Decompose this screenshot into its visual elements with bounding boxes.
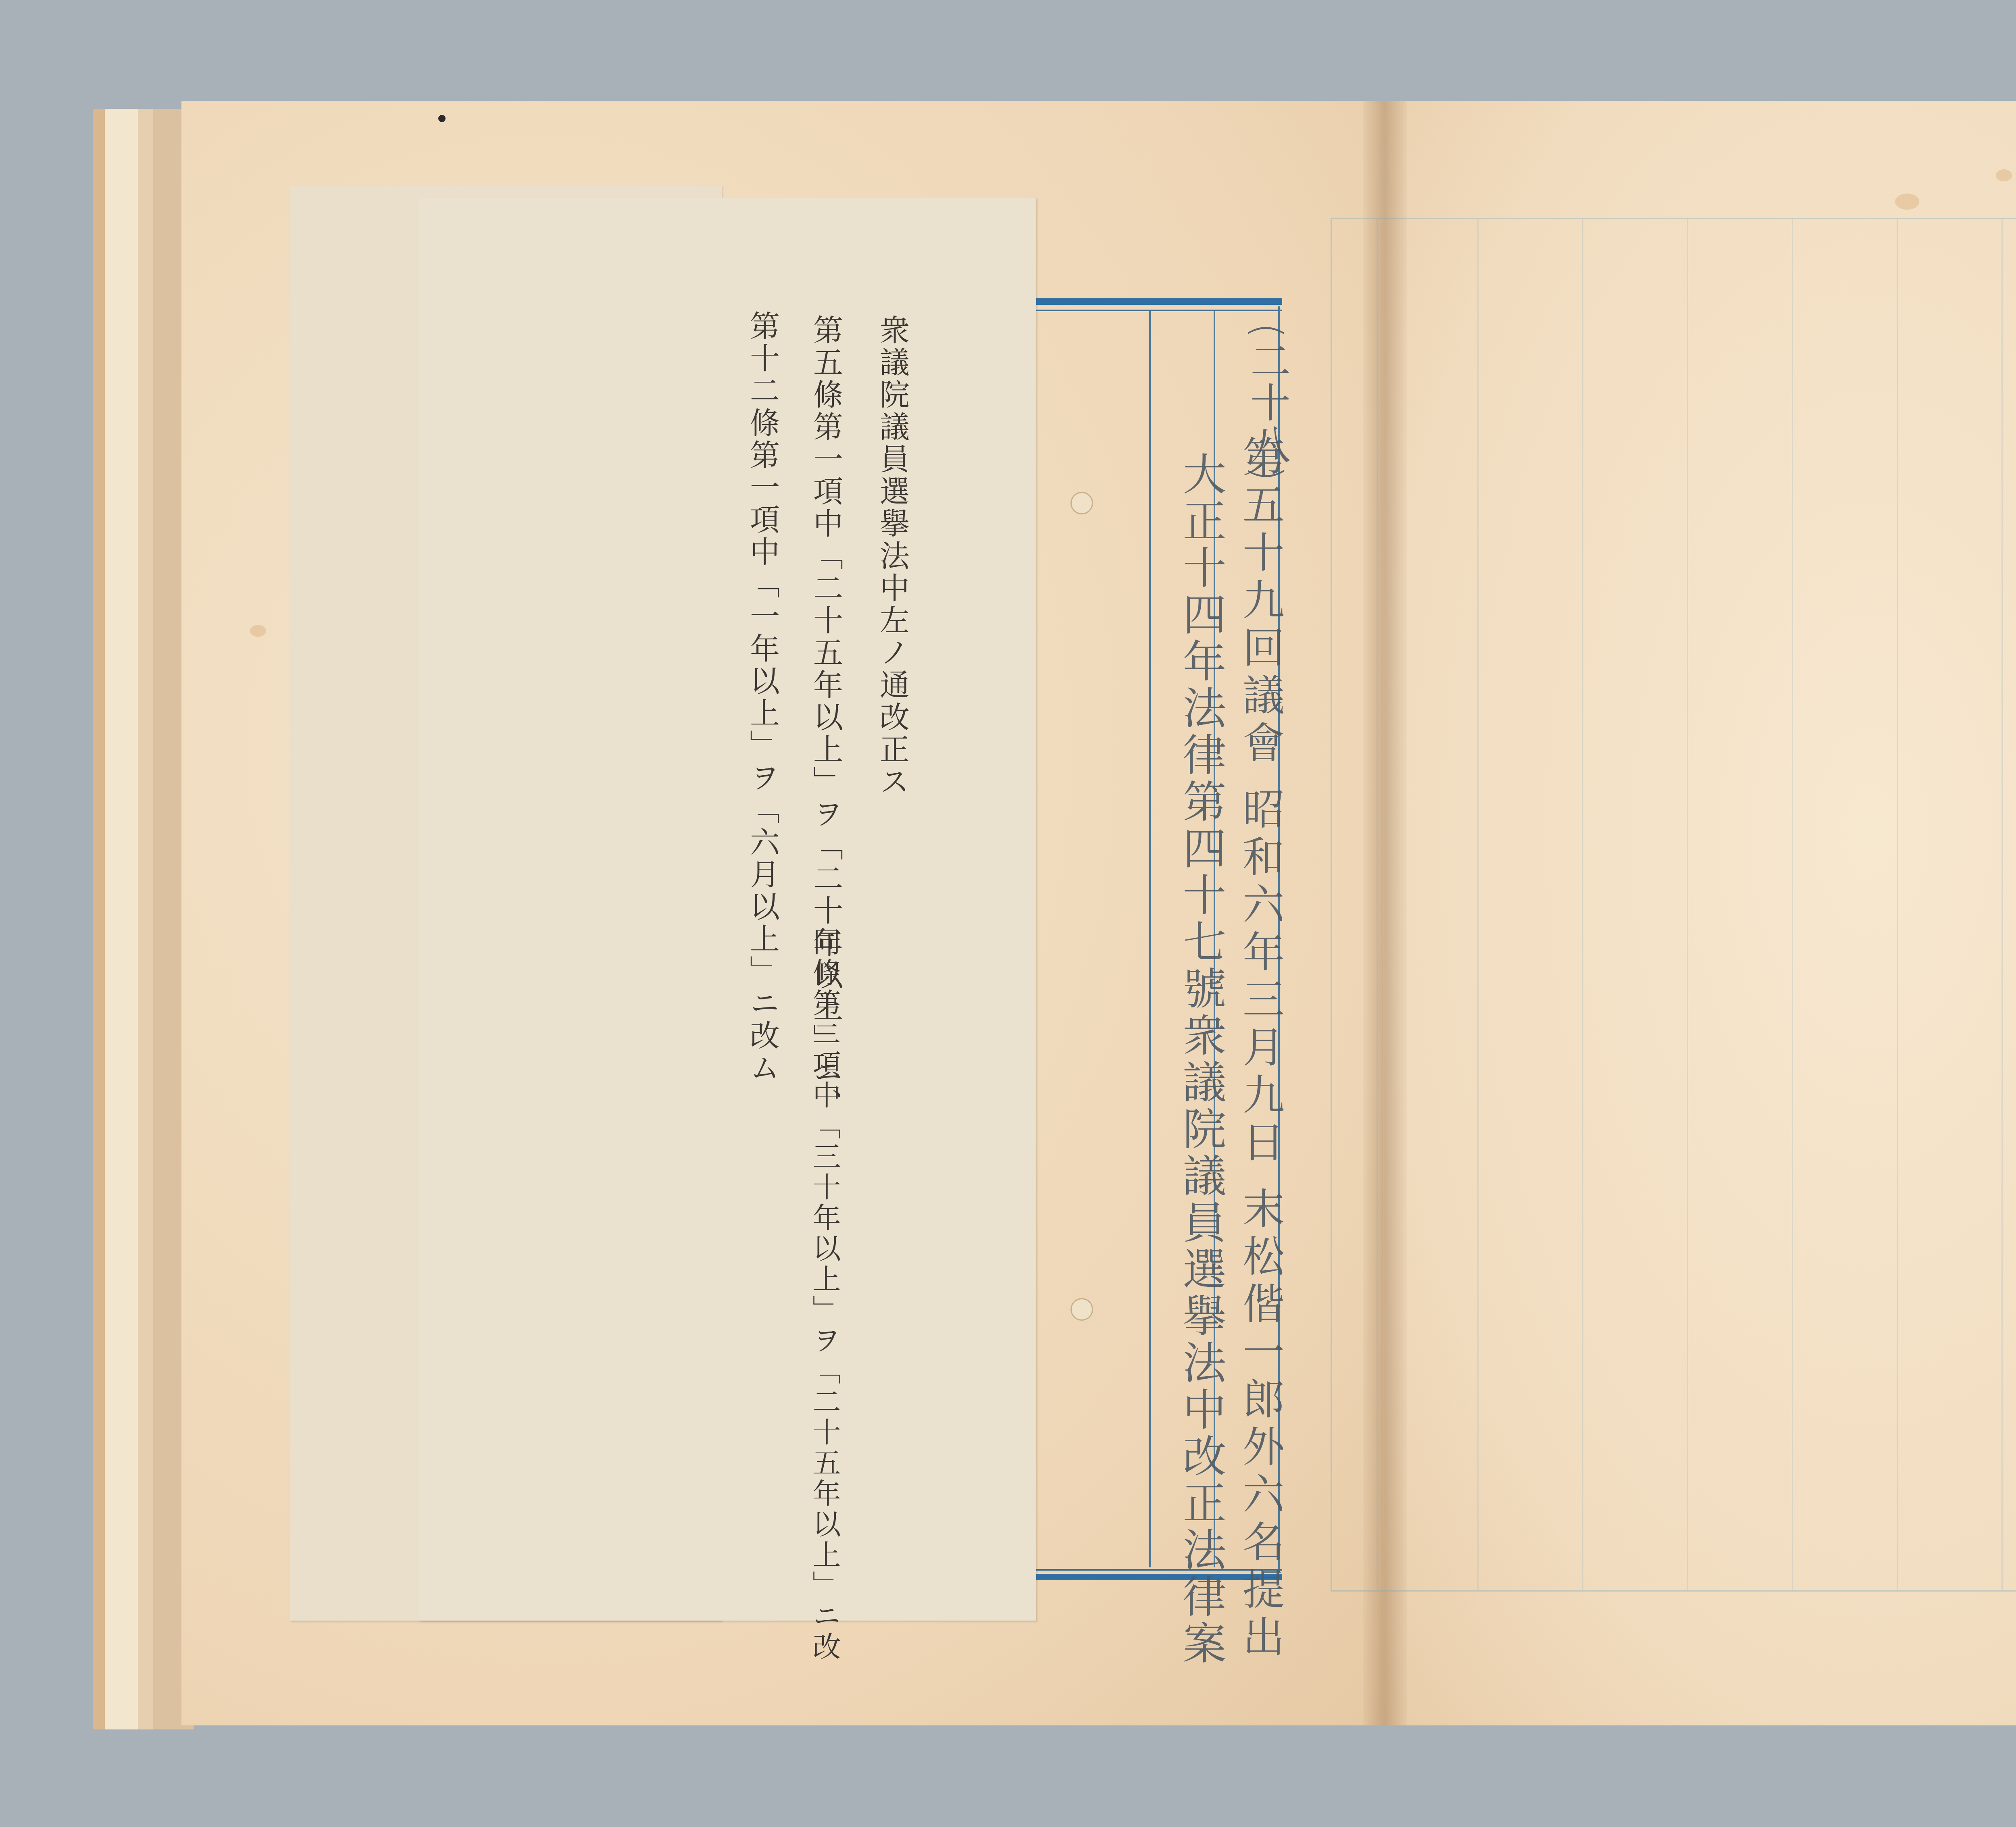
- handwritten-line-session: 第五十九回議會 昭和六年三月九日 末松偕一郎外六名提出: [1230, 435, 1290, 1663]
- left-page-stack-edge: [93, 109, 194, 1729]
- form-top-thick-rule: [1036, 298, 1282, 305]
- form-column-rule: [1897, 219, 1898, 1590]
- ink-dot: [438, 115, 446, 122]
- form-column-rule: [1377, 219, 1378, 1590]
- ruled-form-right: [1331, 218, 2016, 1592]
- printed-line-2: 第十二條第一項中「一年以上」ヲ「六月以上」ニ改ム: [741, 310, 784, 1084]
- printed-line-1-bottom: 同條第二項中「三十年以上」ヲ「二十五年以上」ニ改: [804, 927, 845, 1663]
- form-column-rule: [1477, 219, 1479, 1590]
- foxing-stain: [250, 625, 266, 637]
- form-column-rule: [2001, 219, 2003, 1590]
- form-column-rule: [1792, 219, 1793, 1590]
- form-column-rule: [1687, 219, 1688, 1590]
- form-column-rule: [1149, 311, 1151, 1567]
- foxing-stain: [1895, 194, 1919, 210]
- foxing-stain: [1996, 169, 2012, 181]
- form-column-rule: [1582, 219, 1583, 1590]
- pasted-slip-front: [419, 198, 1036, 1621]
- form-top-thin-rule: [1036, 310, 1282, 311]
- printed-title: 衆議院議員選擧法中左ノ通改正ス: [871, 314, 914, 798]
- handwritten-line-bill-title: 大正十四年法律第四十七號衆議院議員選擧法中改正法律案: [1169, 452, 1232, 1667]
